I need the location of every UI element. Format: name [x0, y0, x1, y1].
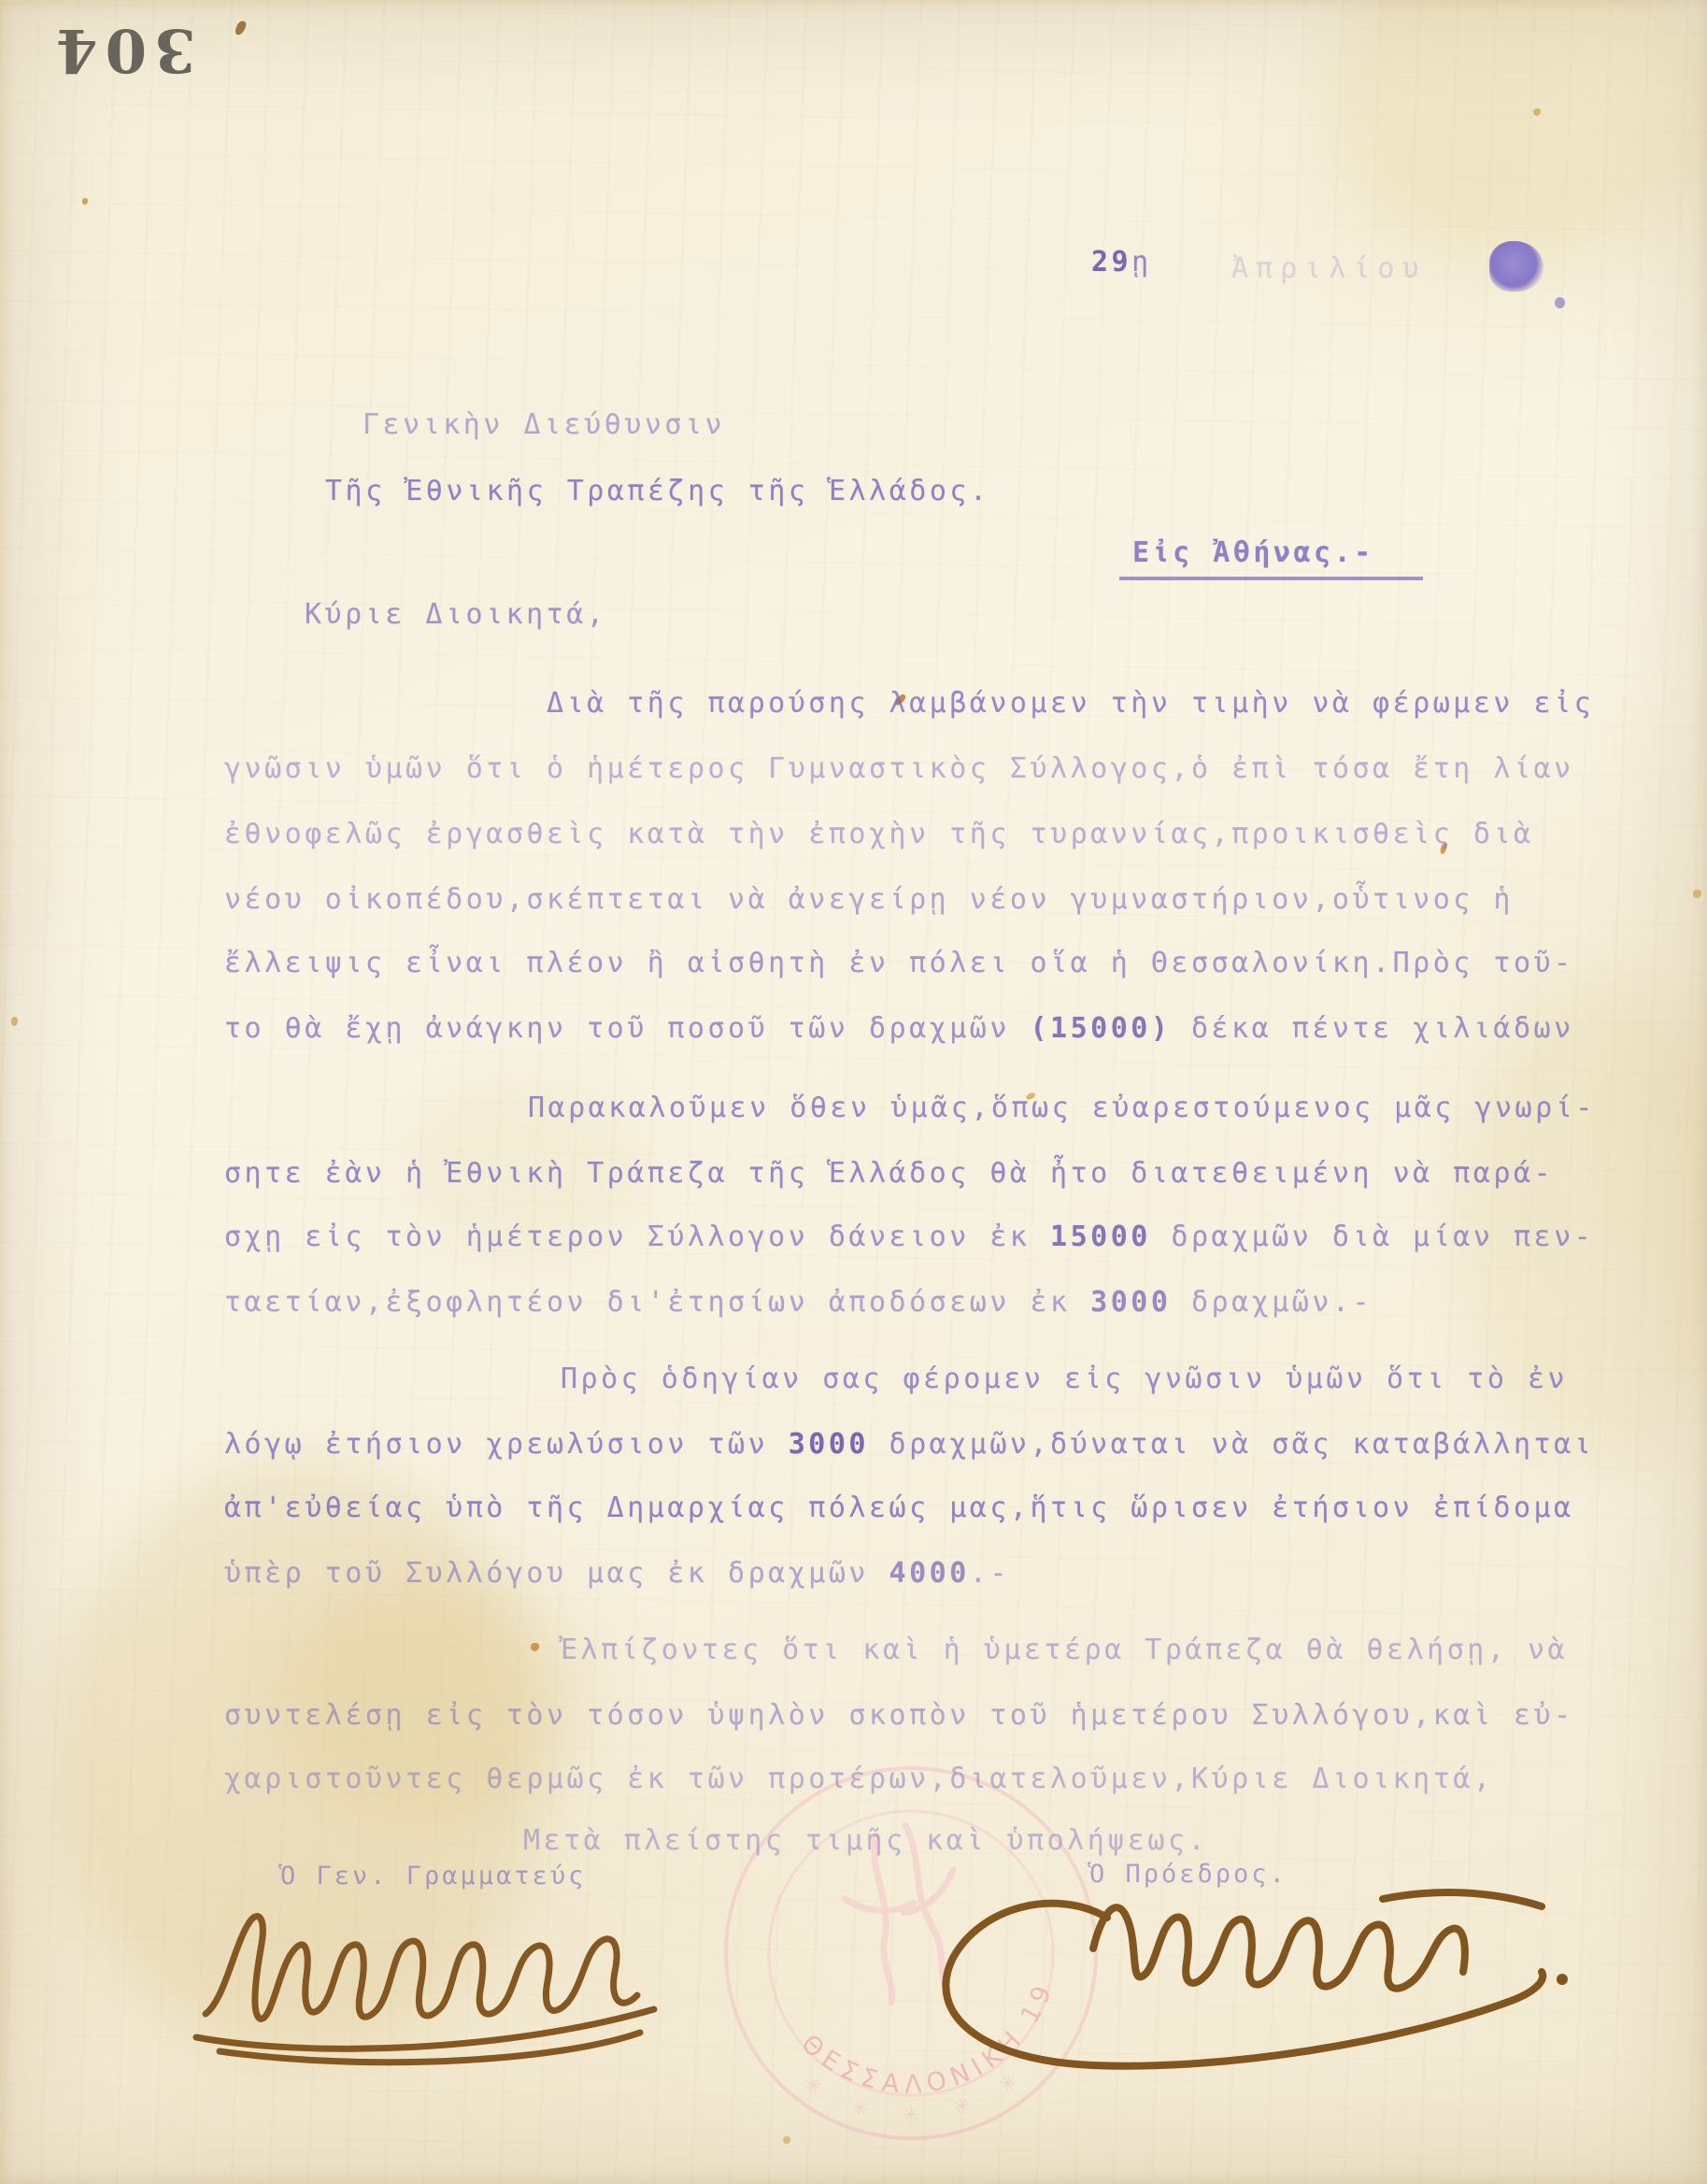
body-line: ἐθνοφελῶς ἐργασθεὶς κατὰ τὴν ἐποχὴν τῆς …	[224, 818, 1534, 850]
stamp-text: ΘΕΣΣΑΛΟΝΙΚΗ 1908	[687, 1748, 1074, 2138]
secretary-title: Ὁ Γεν. Γραμματεύς	[280, 1862, 586, 1891]
paper-speck	[783, 2136, 790, 2144]
paper-stain	[56, 1458, 542, 2056]
president-signature	[946, 1892, 1568, 2066]
paper-stain	[1327, 0, 1707, 262]
paper-speck	[531, 1643, 539, 1651]
date-month: Ἀπριλίου	[1231, 252, 1427, 285]
body-line: Παρακαλοῦμεν ὅθεν ὑμᾶς,ὅπως εὐαρεστούμεν…	[528, 1092, 1596, 1124]
body-line: λόγῳ ἐτήσιον χρεωλύσιον τῶν 3000 δραχμῶν…	[224, 1428, 1594, 1461]
body-line: σητε ἐὰν ἡ Ἐθνικὴ Τράπεζα τῆς Ἑλλάδος θὰ…	[224, 1157, 1554, 1190]
closing-line: Μετὰ πλείστης τιμῆς καὶ ὑπολήψεως.	[523, 1824, 1208, 1857]
recipient-line-2: Τῆς Ἐθνικῆς Τραπέζης τῆς Ἑλλάδος.	[325, 475, 990, 507]
paper-speck	[234, 20, 248, 36]
recipient-line-1: Γενικὴν Διεύθυνσιν	[363, 408, 725, 441]
secretary-signature	[196, 1916, 654, 2062]
body-line: Πρὸς ὁδηγίαν σας φέρομεν εἰς γνῶσιν ὑμῶν…	[561, 1363, 1568, 1395]
body-line: ἀπ'εὐθείας ὑπὸ τῆς Δημαρχίας πόλεώς μας,…	[224, 1492, 1574, 1524]
body-line: Διὰ τῆς παρούσης λαμβάνομεν τὴν τιμὴν νὰ…	[547, 687, 1594, 720]
body-line: το θὰ ἔχῃ ἀνάγκην τοῦ ποσοῦ τῶν δραχμῶν …	[224, 1012, 1574, 1045]
paper-speck	[1533, 108, 1541, 116]
body-line: σχῃ εἰς τὸν ἡμέτερον Σύλλογον δάνειον ἐκ…	[224, 1220, 1594, 1253]
svg-text:✳ ✳ ✳ ✳ ✳: ✳ ✳ ✳ ✳ ✳	[797, 2034, 1040, 2148]
body-line: χαριστοῦντες θερμῶς ἐκ τῶν προτέρων,διατ…	[224, 1763, 1493, 1795]
paper-speck	[1693, 890, 1701, 898]
signatures-overlay	[168, 1860, 1607, 2184]
date-day: 29ῃ	[1091, 246, 1152, 278]
salutation: Κύριε Διοικητά,	[305, 598, 606, 631]
body-line: ταετίαν,ἐξοφλητέον δι'ἐτησίων ἀποδόσεων …	[224, 1286, 1373, 1319]
body-line: συντελέσῃ εἰς τὸν τόσον ὑψηλὸν σκοπὸν το…	[224, 1699, 1574, 1732]
svg-text:ΘΕΣΣΑΛΟΝΙΚΗ 1908: ΘΕΣΣΑΛΟΝΙΚΗ 1908	[687, 1748, 1074, 2138]
stamp-ornament: ✳ ✳ ✳ ✳ ✳	[797, 2034, 1040, 2148]
body-line: ἔλλειψις εἶναι πλέον ἢ αἰσθητὴ ἐν πόλει …	[224, 947, 1574, 979]
body-line: ὑπὲρ τοῦ Συλλόγου μας ἐκ δραχμῶν 4000.-	[224, 1557, 1010, 1590]
destination-line: Εἰς Ἀθήνας.-	[1119, 536, 1423, 580]
ink-blot-dot-icon	[1555, 297, 1565, 308]
paper-speck	[82, 198, 88, 205]
body-line: γνῶσιν ὑμῶν ὅτι ὁ ἡμέτερος Γυμναστικὸς Σ…	[224, 752, 1574, 785]
archive-number: 304	[49, 15, 196, 85]
body-line: νέου οἰκοπέδου,σκέπτεται νὰ ἀνεγείρῃ νέο…	[224, 883, 1514, 916]
club-stamp: ΘΕΣΣΑΛΟΝΙΚΗ 1908 ✳ ✳ ✳ ✳ ✳	[687, 1748, 1173, 2184]
paper-speck	[11, 1017, 18, 1026]
president-title: Ὁ Πρόεδρος.	[1089, 1860, 1287, 1889]
body-line: Ἐλπίζοντες ὅτι καὶ ἡ ὑμετέρα Τράπεζα θὰ …	[561, 1634, 1568, 1666]
ink-blot-icon	[1489, 241, 1543, 292]
scanned-letter-page: 304 29ῃ Ἀπριλίου Γενικὴν Διεύθυνσιν Τῆς …	[0, 0, 1707, 2184]
